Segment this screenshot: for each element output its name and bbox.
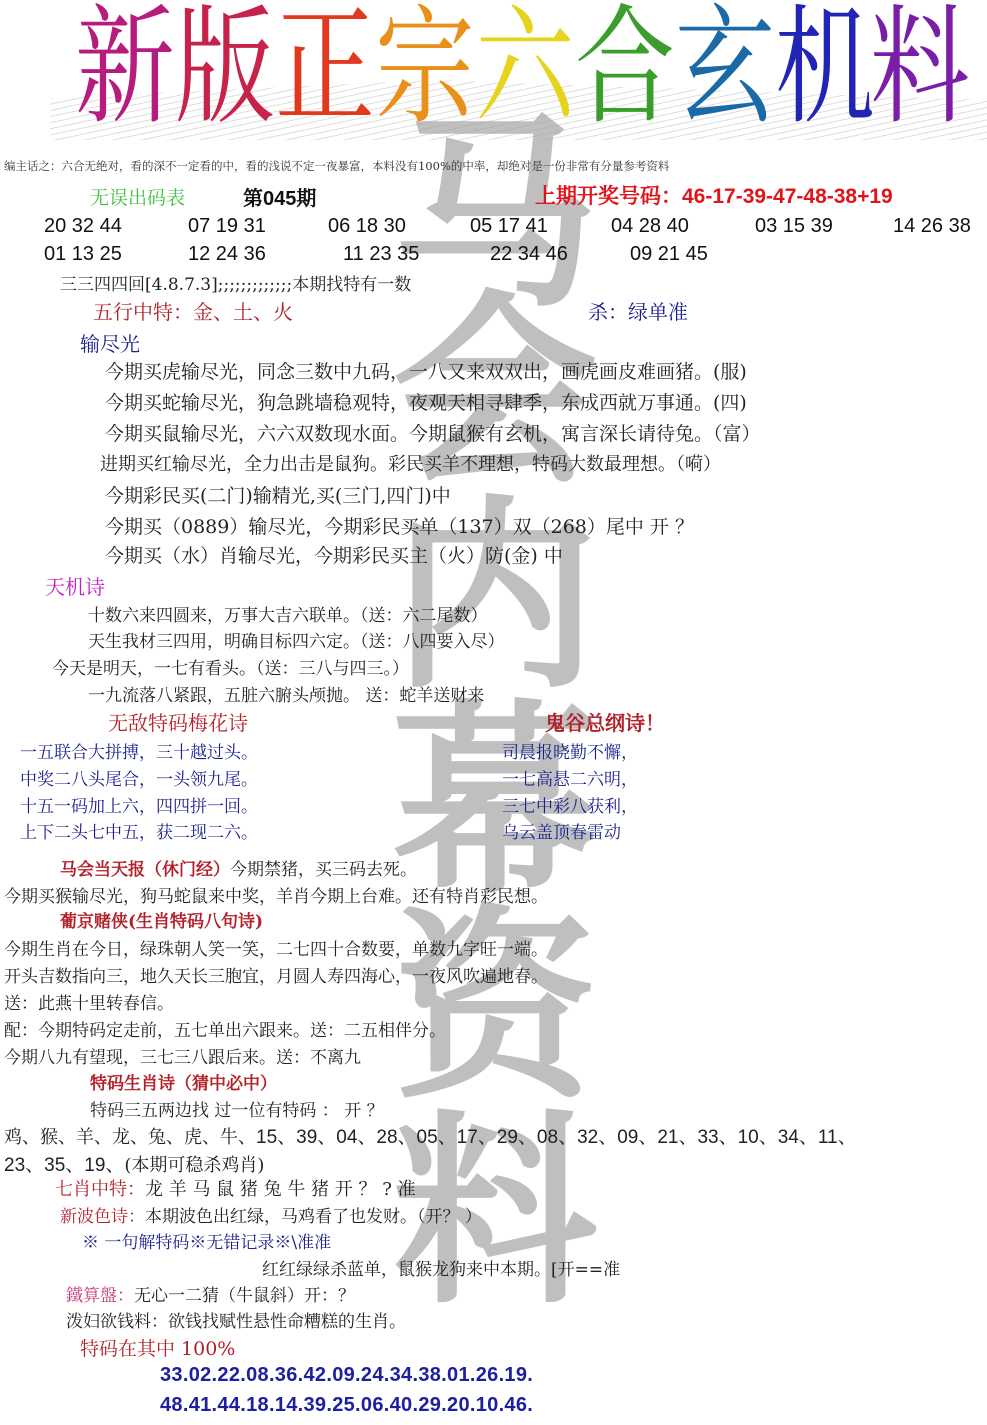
guigu-line: 三七中彩八获利，	[502, 792, 638, 817]
mahui-heading: 马会当天报（休门经）	[60, 860, 230, 880]
title-char: 版	[175, 0, 275, 138]
yiju-heading: ※ 一句解特码※无错记录※\准准	[82, 1228, 331, 1253]
tiesuan-label: 鐵算盤：	[66, 1286, 134, 1306]
shengxiao-numbers-2: 23、35、19、(本期可稳杀鸡肖)	[4, 1150, 264, 1177]
mahui-line: 马会当天报（休门经）今期禁猪，买三码去死。	[60, 855, 417, 880]
yiju-text: 红红绿绿杀蓝单，鼠猴龙狗来中本期。[开==准	[262, 1255, 620, 1280]
number-group: 05 17 41	[470, 215, 548, 238]
wuxing-label: 五行中特：金、土、火	[93, 296, 293, 325]
lose-all-line: 今期买蛇输尽光，狗急跳墙稳观特，夜观天相寻肆季，东成西就万事通。(四)	[105, 388, 747, 415]
guigu-heading: 鬼谷总纲诗！	[545, 707, 665, 736]
title-char: 新	[75, 0, 175, 138]
number-group: 01 13 25	[44, 243, 122, 266]
meihua-line: 十五一码加上六，四四拼一回。	[20, 792, 258, 817]
lose-all-line: 今期买虎输尽光，同念三数中九码，一八又来双双出，画虎画皮难画猪。(服)	[105, 357, 747, 384]
title-char: 六	[475, 0, 575, 138]
number-group: 20 32 44	[44, 215, 122, 238]
last-draw-label: 上期开奖号码：	[535, 185, 682, 208]
pujing-line: 开头吉数指向三，地久天长三胞宜，月圆人寿四海心，一夜风吹遍地春。	[4, 962, 548, 987]
final-numbers-1: 33.02.22.08.36.42.09.24.34.38.01.26.19.	[160, 1364, 533, 1387]
kill-label: 杀：绿单准	[588, 296, 688, 325]
last-draw-numbers: 46-17-39-47-48-38+19	[682, 185, 893, 208]
lose-all-line: 今期买鼠输尽光，六六双数现水面。今期鼠猴有玄机，寓言深长请待兔。（富）	[105, 419, 761, 446]
title-char: 玄	[675, 0, 775, 138]
qixiao-line: 七肖中特：龙 羊 马 鼠 猪 兔 牛 猪 开 ？ ? 准	[55, 1175, 416, 1201]
number-list: 23、35、19、	[4, 1155, 124, 1176]
lose-all-line: 今期买（0889）输尽光，今期彩民买单（137）双（268）尾中 开 ？	[105, 512, 694, 539]
tiesuan-line: 鐵算盤：无心一二猜（牛鼠斜）开：？	[66, 1281, 355, 1306]
bose-text: 本期波色出红绿，马鸡看了也发财。（开？ ）	[145, 1207, 482, 1227]
number-group: 12 24 36	[188, 243, 266, 266]
tianji-line: 天生我材三四用，明确目标四六定。（送：八四要入尽）	[88, 627, 505, 652]
qixiao-label: 七肖中特：	[55, 1179, 145, 1200]
lose-all-line: 进期买红输尽光，全力出击是鼠狗。彩民买羊不理想，特码大数最理想。（嗬）	[100, 450, 721, 476]
number-group: 07 19 31	[188, 215, 266, 238]
pujing-line: 今期生肖在今日，绿珠朝人笑一笑，二七四十合数要，单数九字旺一端。	[4, 935, 548, 960]
title-char: 正	[275, 0, 375, 138]
lose-all-line: 今期彩民买(二门)输精光,买(三门,四门)中	[105, 481, 451, 508]
lose-all-heading: 输尽光	[80, 328, 140, 357]
shengxiao-note: (本期可稳杀鸡肖)	[124, 1155, 264, 1176]
title-char: 宗	[375, 0, 475, 138]
meihua-line: 上下二头七中五，获二现二六。	[20, 818, 258, 843]
tiesuan-text: 无心一二猜（牛鼠斜）开：？	[134, 1286, 355, 1306]
guigu-line: 乌云盖顶春雷动	[502, 818, 621, 843]
tianji-heading: 天机诗	[45, 571, 105, 600]
shengxiao-numbers-1: 鸡、猴、羊、龙、兔、虎、牛、15、39、04、28、05、17、29、08、32…	[4, 1122, 857, 1149]
qixiao-text: 龙 羊 马 鼠 猪 兔 牛 猪 开 ？ ? 准	[145, 1179, 416, 1200]
lose-all-line: 今期买（水）肖输尽光，今期彩民买主（火）防(金) 中	[105, 541, 563, 568]
mahui-text: 今期禁猪，买三码去死。	[230, 860, 417, 880]
shengxiao-heading: 特码生肖诗（猜中必中）	[90, 1069, 277, 1094]
meihua-line: 中奖二八头尾合，一头领九尾。	[20, 765, 258, 790]
title-char: 合	[575, 0, 675, 138]
hint-line: 三三四四回[4.8.7.3];;;;;;;;;;;;;本期找特有一数	[60, 270, 411, 295]
editor-note: 编主话之：六合无绝对，看的深不一定看的中，看的浅说不定一夜暴富，本料没有100%…	[4, 158, 669, 174]
number-group: 06 18 30	[328, 215, 406, 238]
bose-label: 新波色诗：	[60, 1207, 145, 1227]
title-char: 机	[775, 0, 875, 138]
zodiac-list: 鸡、猴、羊、龙、兔、虎、牛、	[4, 1127, 256, 1148]
mahui-line-2: 今期买猴输尽光，狗马蛇鼠来中奖，羊肖今期上台难。还有特肖彩民想。	[4, 882, 548, 907]
tianji-line: 一九流落八紧跟，五脏六腑头颅抛。 送：蛇羊送财来	[88, 681, 484, 706]
number-group: 09 21 45	[630, 243, 708, 266]
tianji-line: 今天是明天，一七有看头。（送：三八与四三。）	[52, 654, 409, 679]
title-char: 料	[870, 0, 970, 138]
pofu-line: 泼妇欲钱料：欲钱找赋性悬性命糟糕的生肖。	[66, 1307, 406, 1332]
pujing-line: 送：此燕十里转春信。	[4, 989, 174, 1014]
pujing-heading: 葡京赌侠(生肖特码八句诗)	[60, 907, 263, 932]
issue-number: 第045期	[243, 182, 316, 211]
number-group: 22 34 46	[490, 243, 568, 266]
meihua-line: 一五联合大拼搏，三十越过头。	[20, 738, 258, 763]
final-numbers-2: 48.41.44.18.14.39.25.06.40.29.20.10.46.	[160, 1394, 533, 1417]
tianji-line: 十数六来四圆来，万事大吉六联单。（送：六二尾数）	[88, 601, 488, 626]
guigu-line: 一七高悬二六明，	[502, 765, 638, 790]
number-group: 04 28 40	[611, 215, 689, 238]
number-group: 14 26 38	[893, 215, 971, 238]
meihua-heading: 无敌特码梅花诗	[108, 707, 248, 736]
shengxiao-line: 特码三五两边找 过一位有特码 ： 开 ？	[90, 1096, 384, 1121]
number-group: 03 15 39	[755, 215, 833, 238]
final-heading: 特码在其中 100%	[80, 1334, 235, 1361]
last-draw: 上期开奖号码：46-17-39-47-48-38+19	[535, 180, 893, 210]
title-banner: 新 版 正 宗 六 合 玄 机 料	[40, 0, 940, 145]
guigu-line: 司晨报晓勤不懈，	[502, 738, 638, 763]
draw-table-label: 无误出码表	[90, 183, 185, 210]
bose-line: 新波色诗：本期波色出红绿，马鸡看了也发财。（开？ ）	[60, 1202, 482, 1227]
number-list: 15、39、04、28、05、17、29、08、32、09、21、33、10、3…	[256, 1127, 857, 1148]
pujing-line: 配：今期特码定走前，五七单出六跟来。送：二五相伴分。	[4, 1016, 446, 1041]
pujing-line: 今期八九有望现，三七三八跟后来。送：不离九	[4, 1043, 361, 1068]
number-group: 11 23 35	[343, 243, 419, 266]
